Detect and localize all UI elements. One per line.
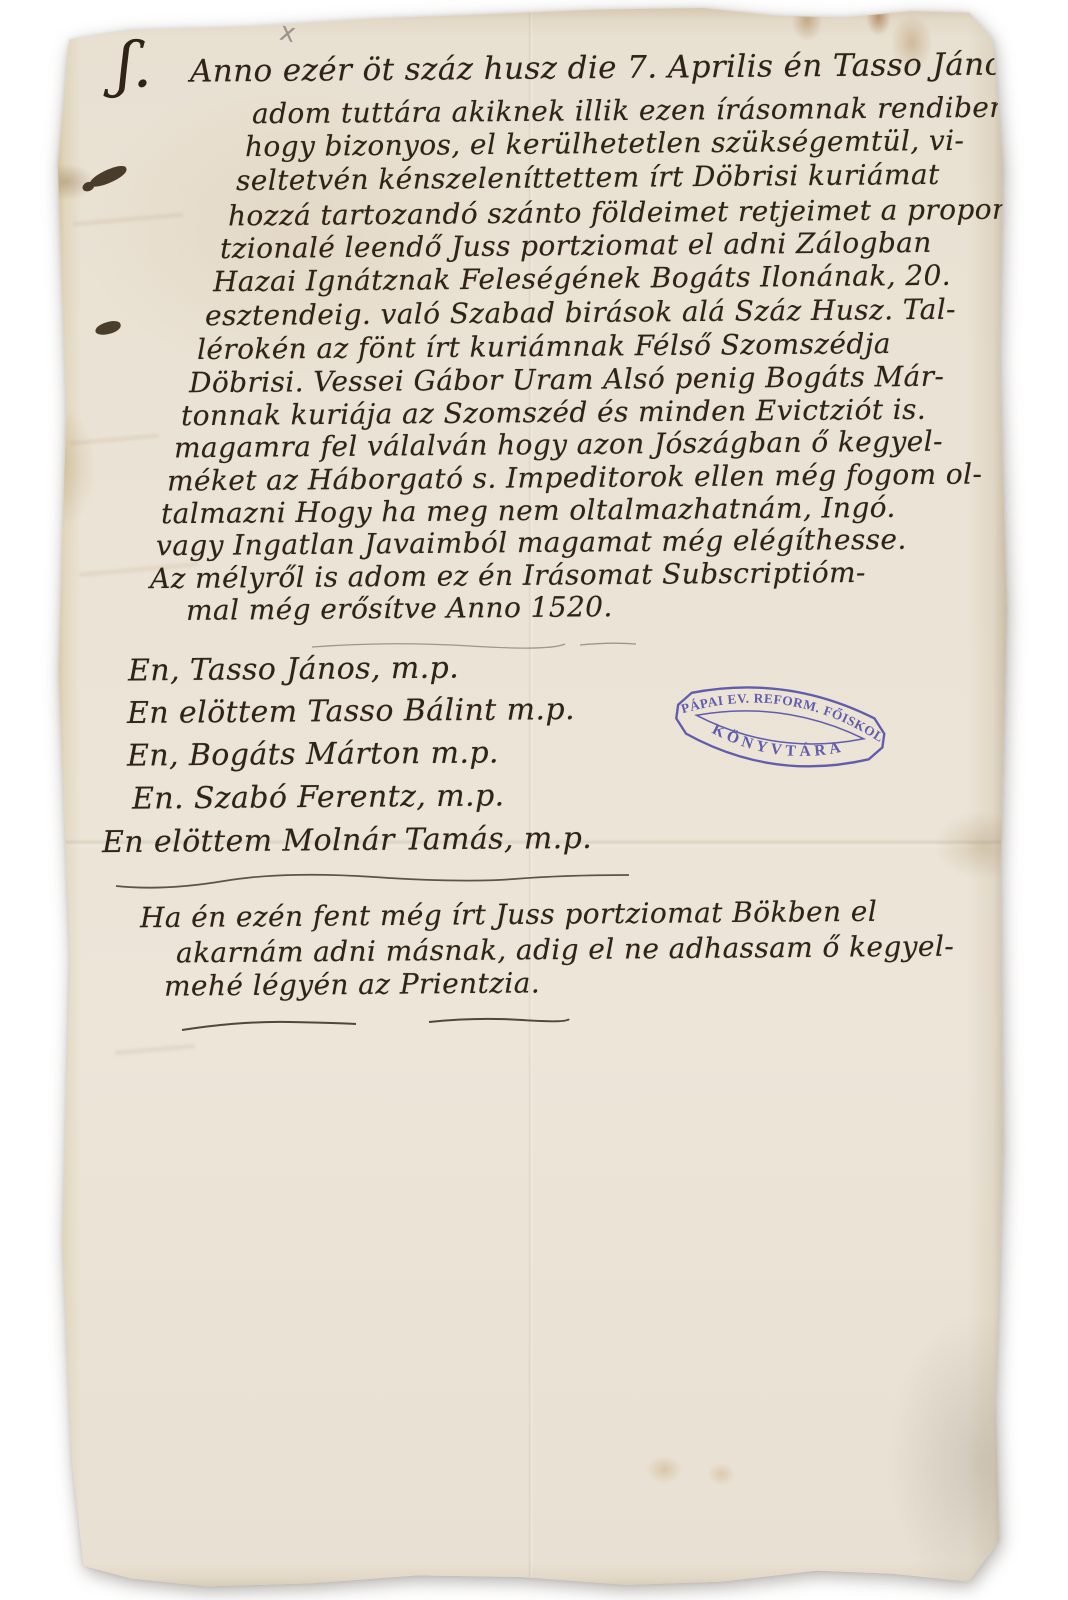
postscript-line: akarnám adni másnak, adig el ne adhassam… bbox=[176, 930, 954, 970]
body-line: seltetvén kénszeleníttettem írt Döbrisi … bbox=[236, 158, 940, 197]
signature-line: En elöttem Molnár Tamás, m.p. bbox=[102, 821, 592, 860]
body-line: mal még erősítve Anno 1520. bbox=[186, 590, 613, 627]
stamp-top-text: A PÁPAI EV. REFORM. FŐISKOLA bbox=[662, 658, 895, 746]
show-through-scribble bbox=[69, 434, 159, 445]
stamp-bottom-text: KÖNYVTÁRA bbox=[708, 720, 848, 768]
initial-mark: ʃ. bbox=[115, 33, 156, 97]
body-line: Hazai Ignátznak Feleségének Bogáts Iloná… bbox=[213, 259, 951, 298]
underline-stroke bbox=[180, 1016, 360, 1034]
underline-stroke bbox=[427, 1014, 573, 1028]
photo-background: x ʃ. Anno ezér öt száz husz die 7. April… bbox=[0, 0, 1068, 1600]
body-line: esztendeig. való Szabad birások alá Száz… bbox=[205, 293, 956, 333]
signature-divider bbox=[114, 870, 634, 892]
flourish-line bbox=[310, 638, 640, 652]
signature-line: En elöttem Tasso Bálint m.p. bbox=[127, 692, 575, 731]
postscript-line: Ha én ezén fent még írt Juss portziomat … bbox=[140, 895, 877, 934]
library-stamp: A PÁPAI EV. REFORM. FŐISKOLA KÖNYVTÁRA bbox=[658, 658, 903, 797]
signature-line: En, Bogáts Márton m.p. bbox=[127, 735, 499, 773]
signature-line: En, Tasso János, m.p. bbox=[128, 651, 459, 689]
body-line: hogy bizonyos, el kerülhetetlen szüksége… bbox=[245, 124, 965, 163]
show-through-scribble bbox=[115, 1045, 195, 1055]
body-line: Az mélyről is adom ez én Irásomat Subscr… bbox=[150, 556, 866, 595]
manuscript-page: x ʃ. Anno ezér öt száz husz die 7. April… bbox=[55, 8, 1007, 1588]
body-line: Anno ezér öt száz husz die 7. Aprilis én… bbox=[190, 46, 1020, 89]
ink-blot bbox=[87, 163, 129, 190]
ink-blot bbox=[94, 319, 122, 336]
postscript-line: mehé légyén az Prientzia. bbox=[164, 966, 540, 1002]
show-through-scribble bbox=[73, 213, 183, 226]
pencil-x-mark: x bbox=[277, 17, 298, 50]
signature-line: En. Szabó Ferentz, m.p. bbox=[132, 778, 505, 816]
